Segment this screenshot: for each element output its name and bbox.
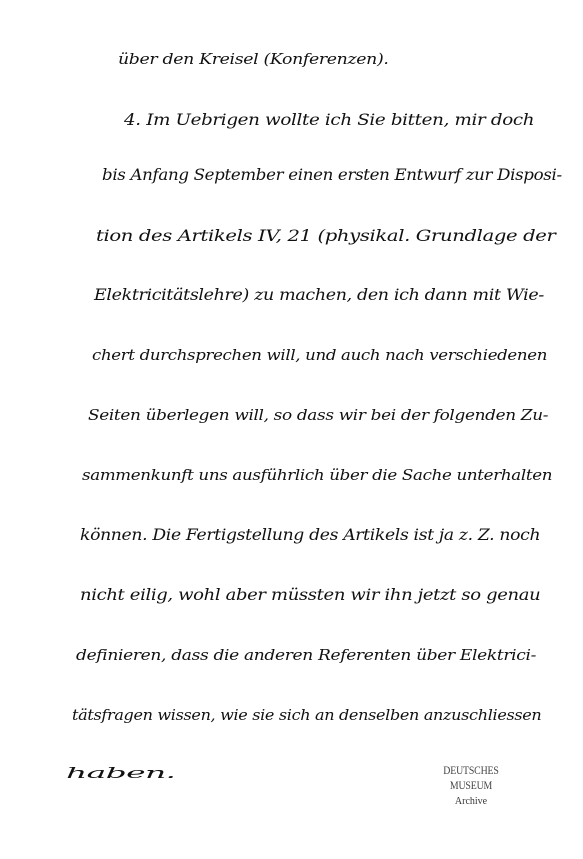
archive-stamp-institution: DEUTSCHES MUSEUM [426, 763, 516, 793]
archive-stamp-label: Archive [416, 796, 526, 807]
manuscript-line-6: chert durchsprechen will, und auch nach … [92, 346, 547, 364]
manuscript-line-8: sammenkunft uns ausführlich über die Sac… [82, 466, 552, 484]
manuscript-line-5: Elektricitätslehre) zu machen, den ich d… [94, 286, 544, 304]
manuscript-line-11: definieren, dass die anderen Referenten … [76, 646, 536, 664]
manuscript-line-9: können. Die Fertigstellung des Artikels … [80, 526, 540, 544]
manuscript-line-3: bis Anfang September einen ersten Entwur… [102, 166, 562, 184]
manuscript-line-12: tätsfragen wissen, wie sie sich an dense… [72, 706, 541, 724]
manuscript-line-1: über den Kreisel (Konferenzen). [118, 50, 389, 68]
manuscript-page: über den Kreisel (Konferenzen). 4. Im Ue… [0, 0, 583, 859]
manuscript-line-13: haben. [66, 764, 175, 782]
manuscript-line-2: 4. Im Uebrigen wollte ich Sie bitten, mi… [124, 110, 534, 129]
manuscript-line-10: nicht eilig, wohl aber müssten wir ihn j… [80, 586, 540, 604]
manuscript-line-7: Seiten überlegen will, so dass wir bei d… [88, 406, 548, 424]
archive-stamp: DEUTSCHES MUSEUM Archive [416, 763, 526, 807]
manuscript-line-4: tion des Artikels IV, 21 (physikal. Grun… [96, 226, 555, 245]
